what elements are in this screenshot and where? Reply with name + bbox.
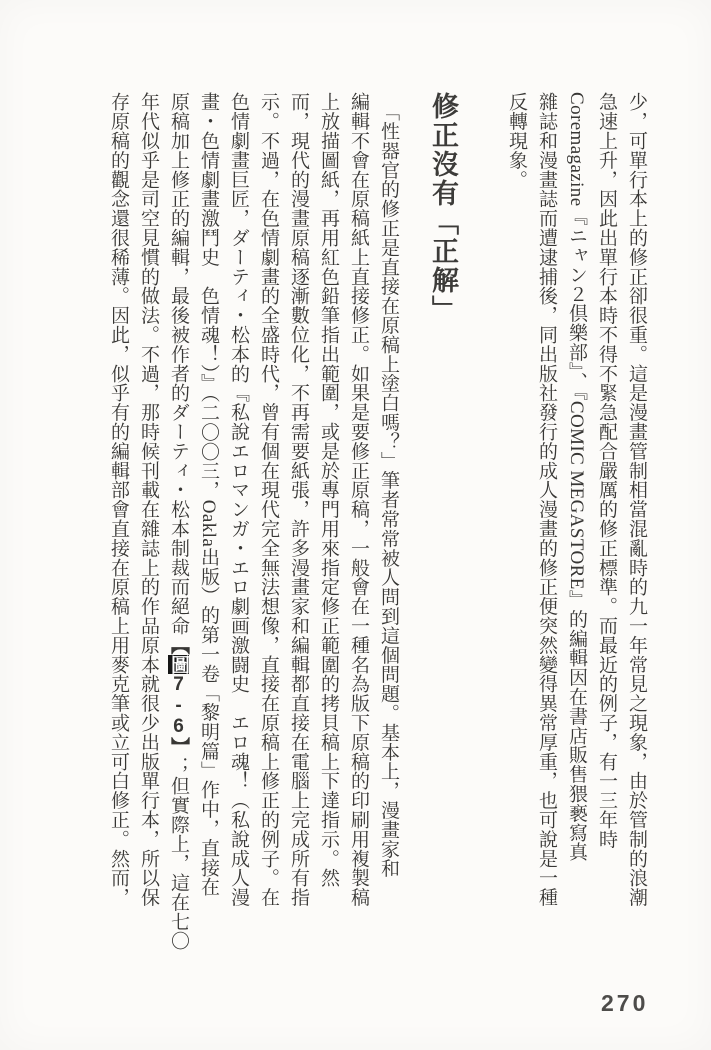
section-heading: 修正沒有「正解」 (421, 92, 465, 914)
figure-ref-number: 7-6 (168, 674, 189, 737)
text-column: 存原稿的觀念還很稀薄。因此，似乎有的編輯部會直接在原稿上用麥克筆或立可白修正。然… (103, 92, 133, 914)
book-page: 少，可單行本上的修正卻很重。這是漫畫管制相當混亂時的九一年常見之現象，由於管制的… (0, 0, 711, 1050)
figure-line-text: ；但實際上，這在七〇 (168, 756, 189, 950)
text-column: 上放描圖紙，再用紅色鉛筆指出範圍，或是於專門用來指定修正範圍的拷貝稿上下達指示。… (313, 92, 343, 914)
text-column: Coremagazine『ニャン２倶樂部』、『COMIC MEGASTORE』的… (561, 92, 591, 914)
text-column: 畫・色情劇畫激鬥史 色情魂！）』（二〇〇三，Oakla出版）的第一卷「黎明篇」作… (193, 92, 223, 914)
text-column: 年代似乎是司空見慣的做法。不過，那時候刊載在雜誌上的作品原本就很少出版單行本，所… (133, 92, 163, 914)
text-column-with-figure-ref: 原稿加上修正的編輯，最後被作者的ダーティ・松本制裁而絕命【圖7-6】；但實際上，… (163, 92, 193, 914)
figure-ref-box: 圖 (168, 655, 189, 674)
page-number: 270 (601, 990, 648, 1017)
figure-ref-open-bracket: 【 (168, 635, 189, 654)
text-column: 「性器官的修正是直接在原稿上塗白嗎？」筆者常常被人問到這個問題。基本上，漫畫家和 (373, 92, 403, 914)
page-text-block: 少，可單行本上的修正卻很重。這是漫畫管制相當混亂時的九一年常見之現象，由於管制的… (103, 92, 651, 914)
text-column: 編輯不會在原稿紙上直接修正。如果是要修正原稿，一般會在一種名為版下原稿的印刷用複… (343, 92, 373, 914)
figure-ref-close-bracket: 】 (168, 737, 189, 756)
text-column: 而，現代的漫畫原稿逐漸數位化，不再需要紙張，許多漫畫家和編輯都直接在電腦上完成所… (283, 92, 313, 914)
text-column: 反轉現象。 (501, 92, 531, 914)
text-column: 示。不過，在色情劇畫的全盛時代，曾有個在現代完全無法想像，直接在原稿上修正的例子… (253, 92, 283, 914)
text-column: 色情劇畫巨匠，ダーティ・松本的『私說エロマンガ・エロ劇画激闘史 エロ魂！（私說成… (223, 92, 253, 914)
figure-line-text: 原稿加上修正的編輯，最後被作者的ダーティ・松本制裁而絕命 (168, 92, 189, 635)
text-column: 少，可單行本上的修正卻很重。這是漫畫管制相當混亂時的九一年常見之現象，由於管制的… (621, 92, 651, 914)
text-column: 雜誌和漫畫誌而遭逮捕後，同出版社發行的成人漫畫的修正便突然變得異常厚重，也可說是… (531, 92, 561, 914)
text-column: 急速上升，因此出單行本時不得不緊急配合嚴厲的修正標準。而最近的例子，有一三年時 (591, 92, 621, 914)
